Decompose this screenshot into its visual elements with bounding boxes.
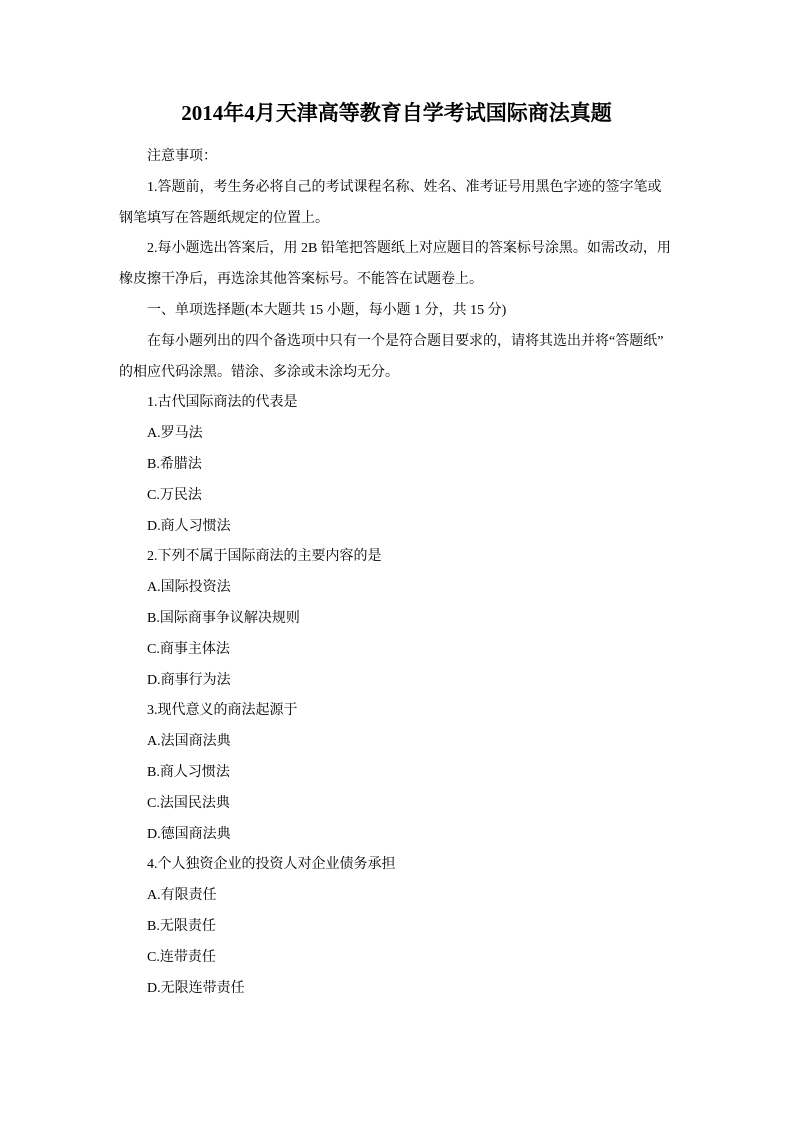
notice-heading: 注意事项：	[119, 142, 674, 173]
question-block: 1.古代国际商法的代表是 A.罗马法 B.希腊法 C.万民法 D.商人习惯法	[119, 388, 674, 542]
question-option: B.希腊法	[119, 450, 674, 481]
question-option: D.无限连带责任	[119, 974, 674, 1005]
question-option: D.德国商法典	[119, 820, 674, 851]
question-option: C.连带责任	[119, 943, 674, 974]
notice-item-2-line-1: 2.每小题选出答案后，用 2B 铅笔把答题纸上对应题目的答案标号涂黑。如需改动，…	[119, 234, 674, 265]
question-block: 2.下列不属于国际商法的主要内容的是 A.国际投资法 B.国际商事争议解决规则 …	[119, 542, 674, 696]
question-stem: 2.下列不属于国际商法的主要内容的是	[119, 542, 674, 573]
document-title: 2014年4月天津高等教育自学考试国际商法真题	[119, 99, 674, 127]
question-block: 3.现代意义的商法起源于 A.法国商法典 B.商人习惯法 C.法国民法典 D.德…	[119, 696, 674, 850]
question-option: B.国际商事争议解决规则	[119, 604, 674, 635]
question-block: 4.个人独资企业的投资人对企业债务承担 A.有限责任 B.无限责任 C.连带责任…	[119, 850, 674, 1004]
notice-item-1-line-1: 1.答题前，考生务必将自己的考试课程名称、姓名、准考证号用黑色字迹的签字笔或	[119, 173, 674, 204]
question-option: A.罗马法	[119, 419, 674, 450]
section-instruction-line-1: 在每小题列出的四个备选项中只有一个是符合题目要求的，请将其选出并将“答题纸”	[119, 327, 674, 358]
question-option: A.国际投资法	[119, 573, 674, 604]
document-page: 2014年4月天津高等教育自学考试国际商法真题 注意事项： 1.答题前，考生务必…	[0, 0, 794, 1123]
section-heading: 一、单项选择题(本大题共 15 小题，每小题 1 分，共 15 分)	[119, 296, 674, 327]
question-stem: 4.个人独资企业的投资人对企业债务承担	[119, 850, 674, 881]
notice-item-2-line-2: 橡皮擦干净后，再选涂其他答案标号。不能答在试题卷上。	[119, 265, 674, 296]
question-option: B.商人习惯法	[119, 758, 674, 789]
question-stem: 3.现代意义的商法起源于	[119, 696, 674, 727]
question-option: C.商事主体法	[119, 635, 674, 666]
question-option: B.无限责任	[119, 912, 674, 943]
question-option: D.商事行为法	[119, 666, 674, 697]
question-option: A.有限责任	[119, 881, 674, 912]
section-instruction-line-2: 的相应代码涂黑。错涂、多涂或未涂均无分。	[119, 358, 674, 389]
notice-item-1-line-2: 钢笔填写在答题纸规定的位置上。	[119, 204, 674, 235]
question-option: C.万民法	[119, 481, 674, 512]
question-option: C.法国民法典	[119, 789, 674, 820]
question-option: D.商人习惯法	[119, 512, 674, 543]
question-stem: 1.古代国际商法的代表是	[119, 388, 674, 419]
question-option: A.法国商法典	[119, 727, 674, 758]
